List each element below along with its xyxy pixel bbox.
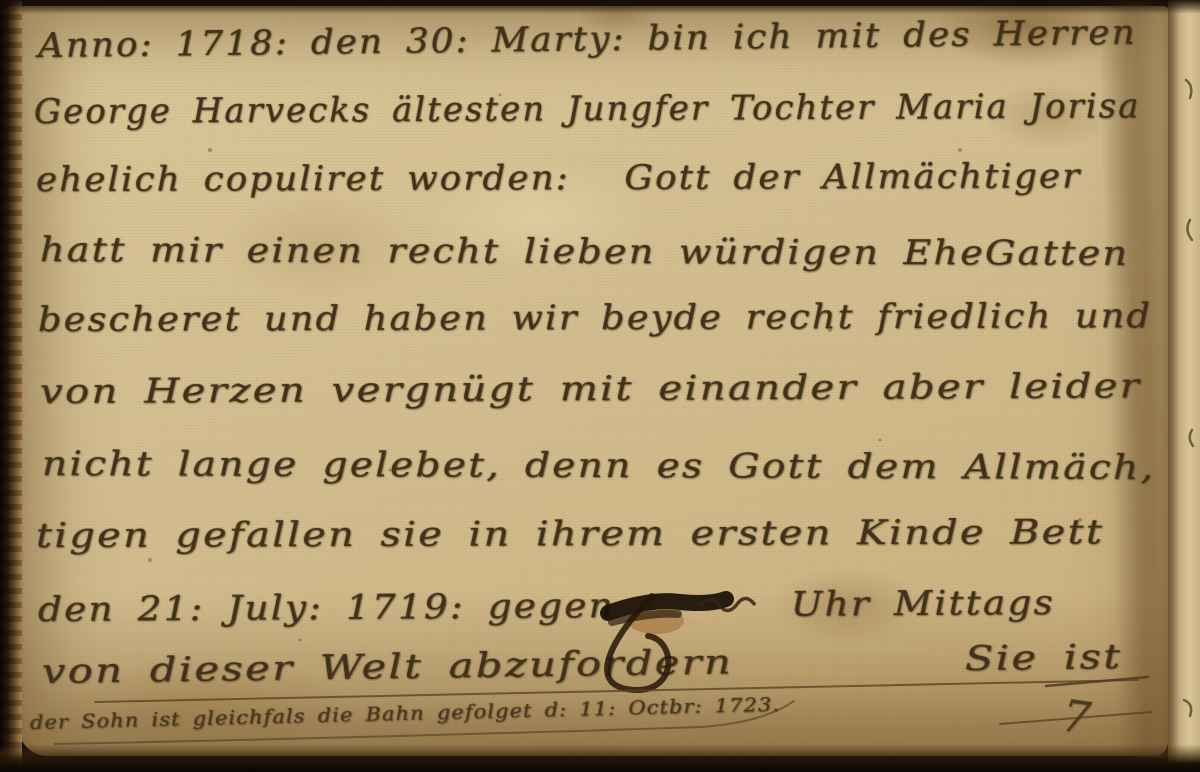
line-text: von Herzen vergnügt mit einander aber le…: [40, 366, 1142, 412]
manuscript-line-10: von dieser Welt abzufordernSie ist: [42, 637, 1123, 692]
manuscript-line-8: tigen gefallen sie in ihrem ersten Kinde…: [36, 512, 1104, 556]
manuscript-line-2: George Harvecks ältesten Jungfer Tochter…: [34, 86, 1141, 132]
line-text: der Sohn ist gleichfals die Bahn gefolge…: [30, 694, 781, 734]
line-text: hatt mir einen recht lieben würdigen Ehe…: [40, 230, 1129, 274]
line-text: Uhr Mittags: [791, 583, 1055, 625]
line-text: bescheret und haben wir beyde recht frie…: [38, 296, 1152, 340]
manuscript-scan: Anno: 1718: den 30: Marty: bin ich mit d…: [0, 0, 1200, 772]
line-text: nicht lange gelebet, denn es Gott dem Al…: [42, 444, 1155, 488]
manuscript-line-9: den 21: July: 1719: gegenUhr Mittags: [38, 583, 1055, 630]
line-text: tigen gefallen sie in ihrem ersten Kinde…: [36, 512, 1104, 556]
book-bottom-edge: [0, 744, 1200, 772]
manuscript-line-7: nicht lange gelebet, denn es Gott dem Al…: [42, 444, 1155, 488]
manuscript-line-5: bescheret und haben wir beyde recht frie…: [38, 296, 1152, 340]
manuscript-line-6: von Herzen vergnügt mit einander aber le…: [40, 366, 1142, 412]
manuscript-line-3: ehelich copuliret worden:Gott der Allmäc…: [36, 156, 1082, 200]
page-tally-mark: 7: [1059, 690, 1094, 744]
manuscript-line-4: hatt mir einen recht lieben würdigen Ehe…: [40, 230, 1129, 274]
line-text: den 21: July: 1719: gegen: [38, 586, 615, 630]
line-text: Anno: 1718: den 30: Marty: bin ich mit d…: [38, 13, 1137, 66]
manuscript-line-1: Anno: 1718: den 30: Marty: bin ich mit d…: [38, 13, 1137, 66]
handwriting-layer: Anno: 1718: den 30: Marty: bin ich mit d…: [0, 0, 1200, 772]
line-text: Gott der Allmächtiger: [624, 156, 1081, 198]
manuscript-footnote: der Sohn ist gleichfals die Bahn gefolge…: [30, 694, 781, 734]
line-text: ehelich copuliret worden:: [36, 158, 570, 200]
line-text: Sie ist: [965, 637, 1123, 679]
line-text: George Harvecks ältesten Jungfer Tochter…: [34, 86, 1141, 132]
line-text: von dieser Welt abzufordern: [42, 642, 734, 692]
